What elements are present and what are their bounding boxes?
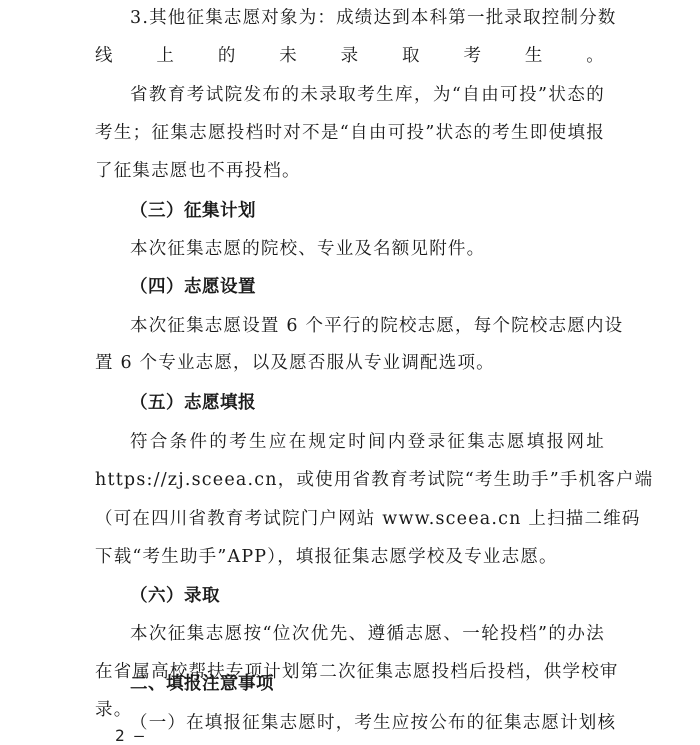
paragraph-line: 了征集志愿也不再投档。 <box>95 160 605 182</box>
paragraph-line: 线上的未录取考生。 <box>95 45 605 67</box>
paragraph-line: 3.其他征集志愿对象为：成绩达到本科第一批录取控制分数 <box>130 7 605 29</box>
paragraph-line: 本次征集志愿的院校、专业及名额见附件。 <box>130 238 605 260</box>
section-heading: （四）志愿设置 <box>130 276 605 298</box>
paragraph-line: 置 6 个专业志愿，以及愿否服从专业调配选项。 <box>95 352 605 374</box>
paragraph-line: （可在四川省教育考试院门户网站 www.sceea.cn 上扫描二维码 <box>95 508 605 530</box>
paragraph-line: （一）在填报征集志愿时，考生应按公布的征集志愿计划核 <box>130 712 605 734</box>
section-title: 二、填报注意事项 <box>130 673 605 695</box>
paragraph-line: 下载“考生助手”APP），填报征集志愿学校及专业志愿。 <box>95 546 605 568</box>
paragraph-line: https://zj.sceea.cn，或使用省教育考试院“考生助手”手机客户端 <box>95 469 605 491</box>
paragraph-line: 省教育考试院发布的未录取考生库，为“自由可投”状态的 <box>130 84 605 106</box>
section-heading: （五）志愿填报 <box>130 392 605 414</box>
page-number: 2 — <box>115 726 144 745</box>
paragraph-line: 符合条件的考生应在规定时间内登录征集志愿填报网址 <box>130 431 605 453</box>
section-heading: （六）录取 <box>130 585 605 607</box>
paragraph-line: 本次征集志愿按“位次优先、遵循志愿、一轮投档”的办法 <box>130 623 605 645</box>
paragraph-line: 本次征集志愿设置 6 个平行的院校志愿，每个院校志愿内设 <box>130 315 605 337</box>
paragraph-line: 考生；征集志愿投档时对不是“自由可投”状态的考生即使填报 <box>95 122 605 144</box>
section-heading: （三）征集计划 <box>130 200 605 222</box>
